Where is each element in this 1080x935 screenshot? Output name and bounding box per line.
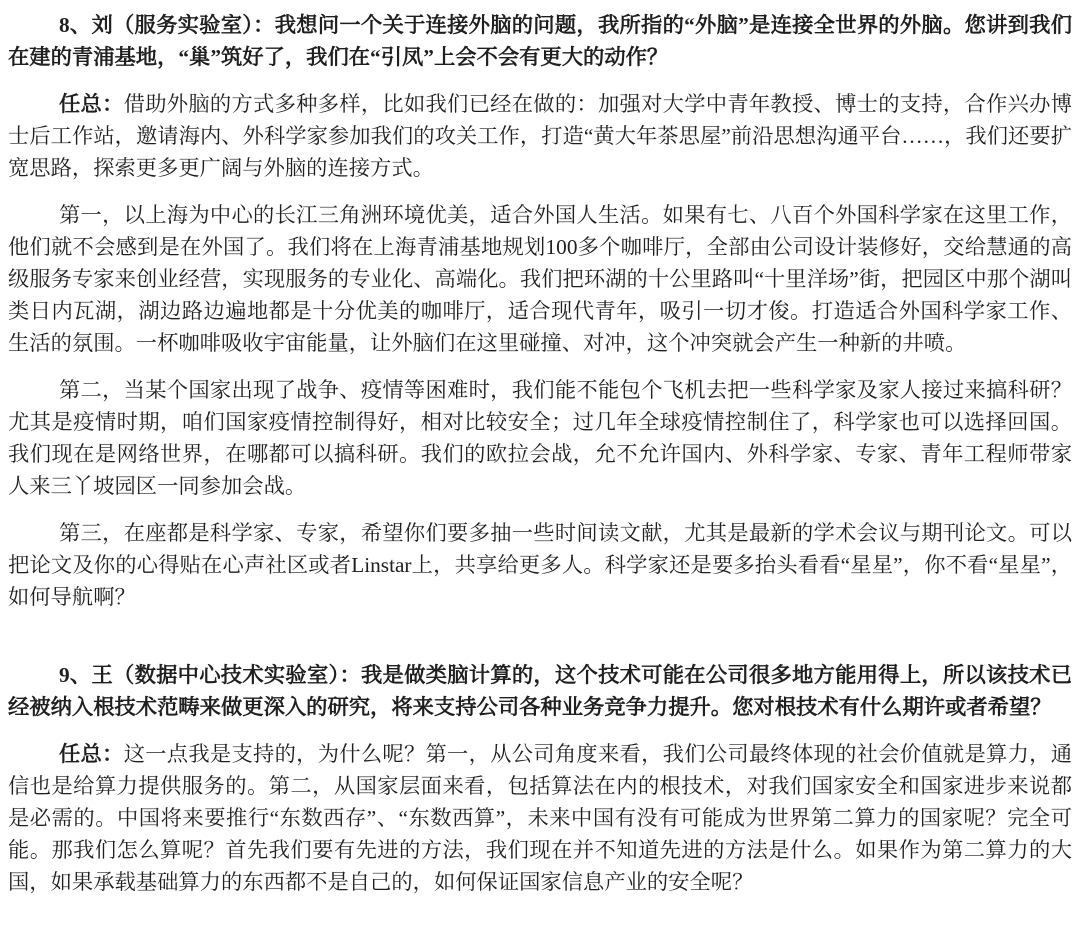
answer-paragraph: 第一，以上海为中心的长江三角洲环境优美，适合外国人生活。如果有七、八百个外国科学… — [8, 199, 1072, 359]
paragraph-text: 第二，当某个国家出现了战争、疫情等困难时，我们能不能包个飞机去把一些科学家及家人… — [8, 378, 1072, 498]
question-paragraph: 9、王（数据中心技术实验室）：我是做类脑计算的，这个技术可能在公司很多地方能用得… — [8, 659, 1072, 723]
speaker-label: 任总： — [59, 742, 124, 766]
paragraph-text: 借助外脑的方式多种多样，比如我们已经在做的：加强对大学中青年教授、博士的支持，合… — [8, 92, 1072, 180]
paragraph-text: 第一，以上海为中心的长江三角洲环境优美，适合外国人生活。如果有七、八百个外国科学… — [8, 203, 1072, 355]
answer-paragraph: 任总：这一点我是支持的，为什么呢？第一，从公司角度来看，我们公司最终体现的社会价… — [8, 738, 1072, 898]
answer-paragraph: 第二，当某个国家出现了战争、疫情等困难时，我们能不能包个飞机去把一些科学家及家人… — [8, 374, 1072, 502]
paragraph-text: 8、刘（服务实验室）：我想问一个关于连接外脑的问题，我所指的“外脑”是连接全世界… — [8, 13, 1072, 69]
paragraph-text: 9、王（数据中心技术实验室）：我是做类脑计算的，这个技术可能在公司很多地方能用得… — [8, 663, 1072, 719]
answer-paragraph: 任总：借助外脑的方式多种多样，比如我们已经在做的：加强对大学中青年教授、博士的支… — [8, 88, 1072, 184]
speaker-label: 任总： — [59, 92, 124, 116]
answer-paragraph: 第三，在座都是科学家、专家，希望你们要多抽一些时间读文献，尤其是最新的学术会议与… — [8, 517, 1072, 613]
paragraph-text: 第三，在座都是科学家、专家，希望你们要多抽一些时间读文献，尤其是最新的学术会议与… — [8, 521, 1072, 609]
question-paragraph: 8、刘（服务实验室）：我想问一个关于连接外脑的问题，我所指的“外脑”是连接全世界… — [8, 9, 1072, 73]
document-body: 8、刘（服务实验室）：我想问一个关于连接外脑的问题，我所指的“外脑”是连接全世界… — [0, 0, 1080, 898]
paragraph-text: 这一点我是支持的，为什么呢？第一，从公司角度来看，我们公司最终体现的社会价值就是… — [8, 742, 1072, 894]
